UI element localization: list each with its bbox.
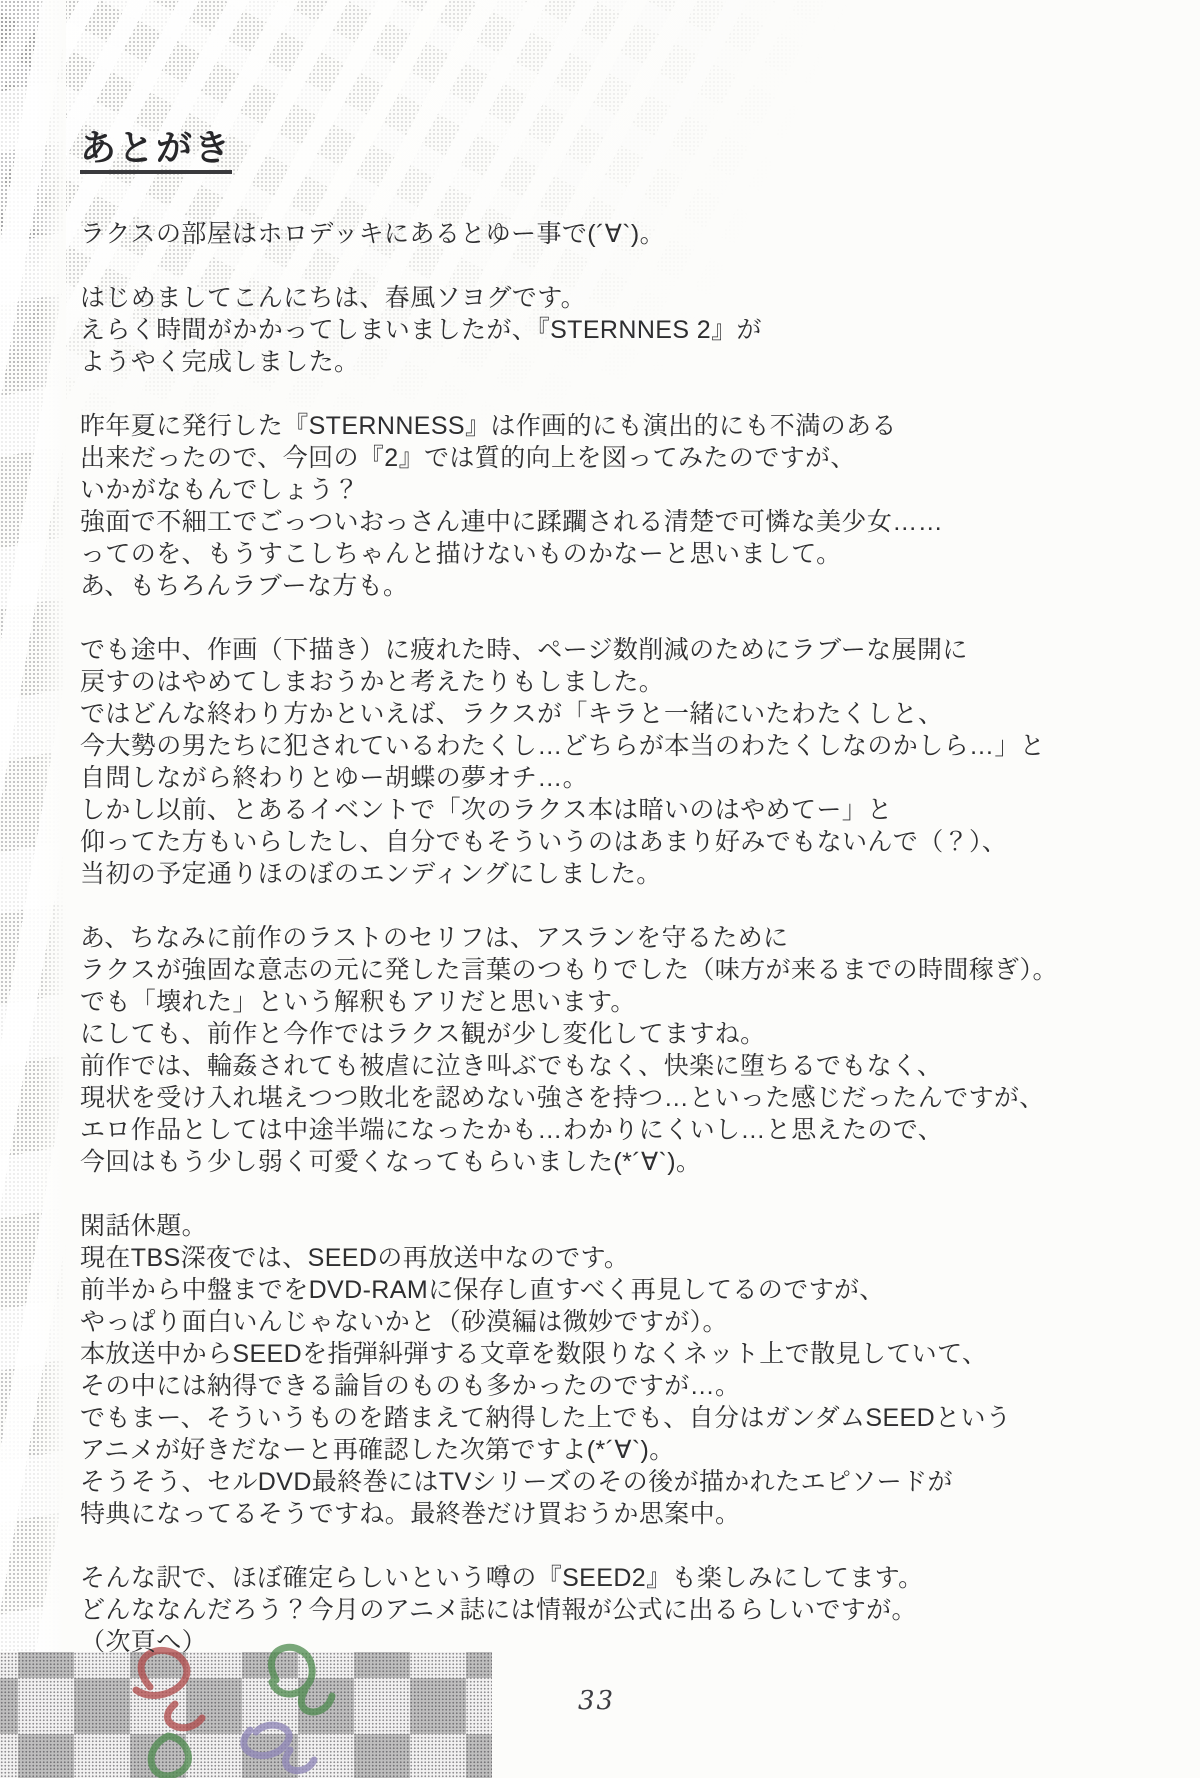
text-line: やっぱり面白いんじゃないかと（砂漠編は微妙ですが）。 [80, 1306, 1160, 1338]
text-line: ラクスの部屋はホロデッキにあるとゆー事で(´∀`)。 [80, 218, 1160, 250]
text-line: ようやく完成しました。 [80, 346, 1160, 378]
text-line: 仰ってた方もいらしたし、自分でもそういうのはあまり好みでもないんで（？）、 [80, 826, 1160, 858]
text-line: 閑話休題。 [80, 1210, 1160, 1242]
text-line: その中には納得できる論旨のものも多かったのですが…。 [80, 1370, 1160, 1402]
text-line: 今大勢の男たちに犯されているわたくし…どちらが本当のわたくしなのかしら…」と [80, 730, 1160, 762]
halftone-texture-left [0, 0, 66, 1778]
paragraph: そんな訳で、ほぼ確定らしいという噂の『SEED2』も楽しみにしてます。どんななん… [80, 1562, 1160, 1658]
text-line: 強面で不細工でごっついおっさん連中に蹂躙される清楚で可憐な美少女…… [80, 506, 1160, 538]
text-line: あ、もちろんラブーな方も。 [80, 570, 1160, 602]
text-line: 当初の予定通りほのぼのエンディングにしました。 [80, 858, 1160, 890]
text-line: 戻すのはやめてしまおうかと考えたりもしました。 [80, 666, 1160, 698]
text-line: あ、ちなみに前作のラストのセリフは、アスランを守るために [80, 922, 1160, 954]
page-title: あとがき [80, 128, 232, 174]
text-line: どんななんだろう？今月のアニメ誌には情報が公式に出るらしいですが。 [80, 1594, 1160, 1626]
text-line: 前作では、輪姦されても被虐に泣き叫ぶでもなく、快楽に堕ちるでもなく、 [80, 1050, 1160, 1082]
paragraph: でも途中、作画（下描き）に疲れた時、ページ数削減のためにラブーな展開に戻すのはや… [80, 634, 1160, 890]
text-line: 昨年夏に発行した『STERNNESS』は作画的にも演出的にも不満のある [80, 410, 1160, 442]
text-line: 現在TBS深夜では、SEEDの再放送中なのです。 [80, 1242, 1160, 1274]
text-line: アニメが好きだなーと再確認した次第ですよ(*´∀`)。 [80, 1434, 1160, 1466]
text-line: でも「壊れた」という解釈もアリだと思います。 [80, 986, 1160, 1018]
text-line: しかし以前、とあるイベントで「次のラクス本は暗いのはやめてー」と [80, 794, 1160, 826]
text-line: いかがなもんでしょう？ [80, 474, 1160, 506]
text-line: 出来だったので、今回の『2』では質的向上を図ってみたのですが、 [80, 442, 1160, 474]
text-line: えらく時間がかかってしまいましたが、『STERNNES 2』が [80, 314, 1160, 346]
paragraph: ラクスの部屋はホロデッキにあるとゆー事で(´∀`)。 [80, 218, 1160, 250]
text-line: 自問しながら終わりとゆー胡蝶の夢オチ…。 [80, 762, 1160, 794]
text-line: ラクスが強固な意志の元に発した言葉のつもりでした（味方が来るまでの時間稼ぎ）。 [80, 954, 1160, 986]
text-line: （次頁へ） [80, 1626, 1160, 1658]
text-line: そんな訳で、ほぼ確定らしいという噂の『SEED2』も楽しみにしてます。 [80, 1562, 1160, 1594]
scanned-afterword-page: あとがき ラクスの部屋はホロデッキにあるとゆー事で(´∀`)。はじめましてこんに… [0, 0, 1200, 1778]
text-line: はじめましてこんにちは、春風ソヨグです。 [80, 282, 1160, 314]
text-line: でも途中、作画（下描き）に疲れた時、ページ数削減のためにラブーな展開に [80, 634, 1160, 666]
paragraph: 昨年夏に発行した『STERNNESS』は作画的にも演出的にも不満のある出来だった… [80, 410, 1160, 602]
text-line: エロ作品としては中途半端になったかも…わかりにくいし…と思えたので、 [80, 1114, 1160, 1146]
text-line: 今回はもう少し弱く可愛くなってもらいました(*´∀`)。 [80, 1146, 1160, 1178]
paragraph: はじめましてこんにちは、春風ソヨグです。えらく時間がかかってしまいましたが、『S… [80, 282, 1160, 378]
text-line: ってのを、もうすこしちゃんと描けないものかなーと思いまして。 [80, 538, 1160, 570]
text-line: にしても、前作と今作ではラクス観が少し変化してますね。 [80, 1018, 1160, 1050]
text-line: ではどんな終わり方かといえば、ラクスが「キラと一緒にいたわたくしと、 [80, 698, 1160, 730]
paragraph: あ、ちなみに前作のラストのセリフは、アスランを守るためにラクスが強固な意志の元に… [80, 922, 1160, 1178]
body-text: ラクスの部屋はホロデッキにあるとゆー事で(´∀`)。はじめましてこんにちは、春風… [80, 218, 1160, 1658]
afterword-content: あとがき ラクスの部屋はホロデッキにあるとゆー事で(´∀`)。はじめましてこんに… [80, 128, 1160, 1690]
text-line: そうそう、セルDVD最終巻にはTVシリーズのその後が描かれたエピソードが [80, 1466, 1160, 1498]
text-line: 前半から中盤までをDVD-RAMに保存し直すべく再見してるのですが、 [80, 1274, 1160, 1306]
text-line: 特典になってるそうですね。最終巻だけ買おうか思案中。 [80, 1498, 1160, 1530]
paragraph: 閑話休題。現在TBS深夜では、SEEDの再放送中なのです。前半から中盤までをDV… [80, 1210, 1160, 1530]
text-line: 本放送中からSEEDを指弾糾弾する文章を数限りなくネット上で散見していて、 [80, 1338, 1160, 1370]
page-number: 33 [578, 1686, 615, 1716]
text-line: 現状を受け入れ堪えつつ敗北を認めない強さを持つ…といった感じだったんですが、 [80, 1082, 1160, 1114]
text-line: でもまー、そういうものを踏まえて納得した上でも、自分はガンダムSEEDという [80, 1402, 1160, 1434]
